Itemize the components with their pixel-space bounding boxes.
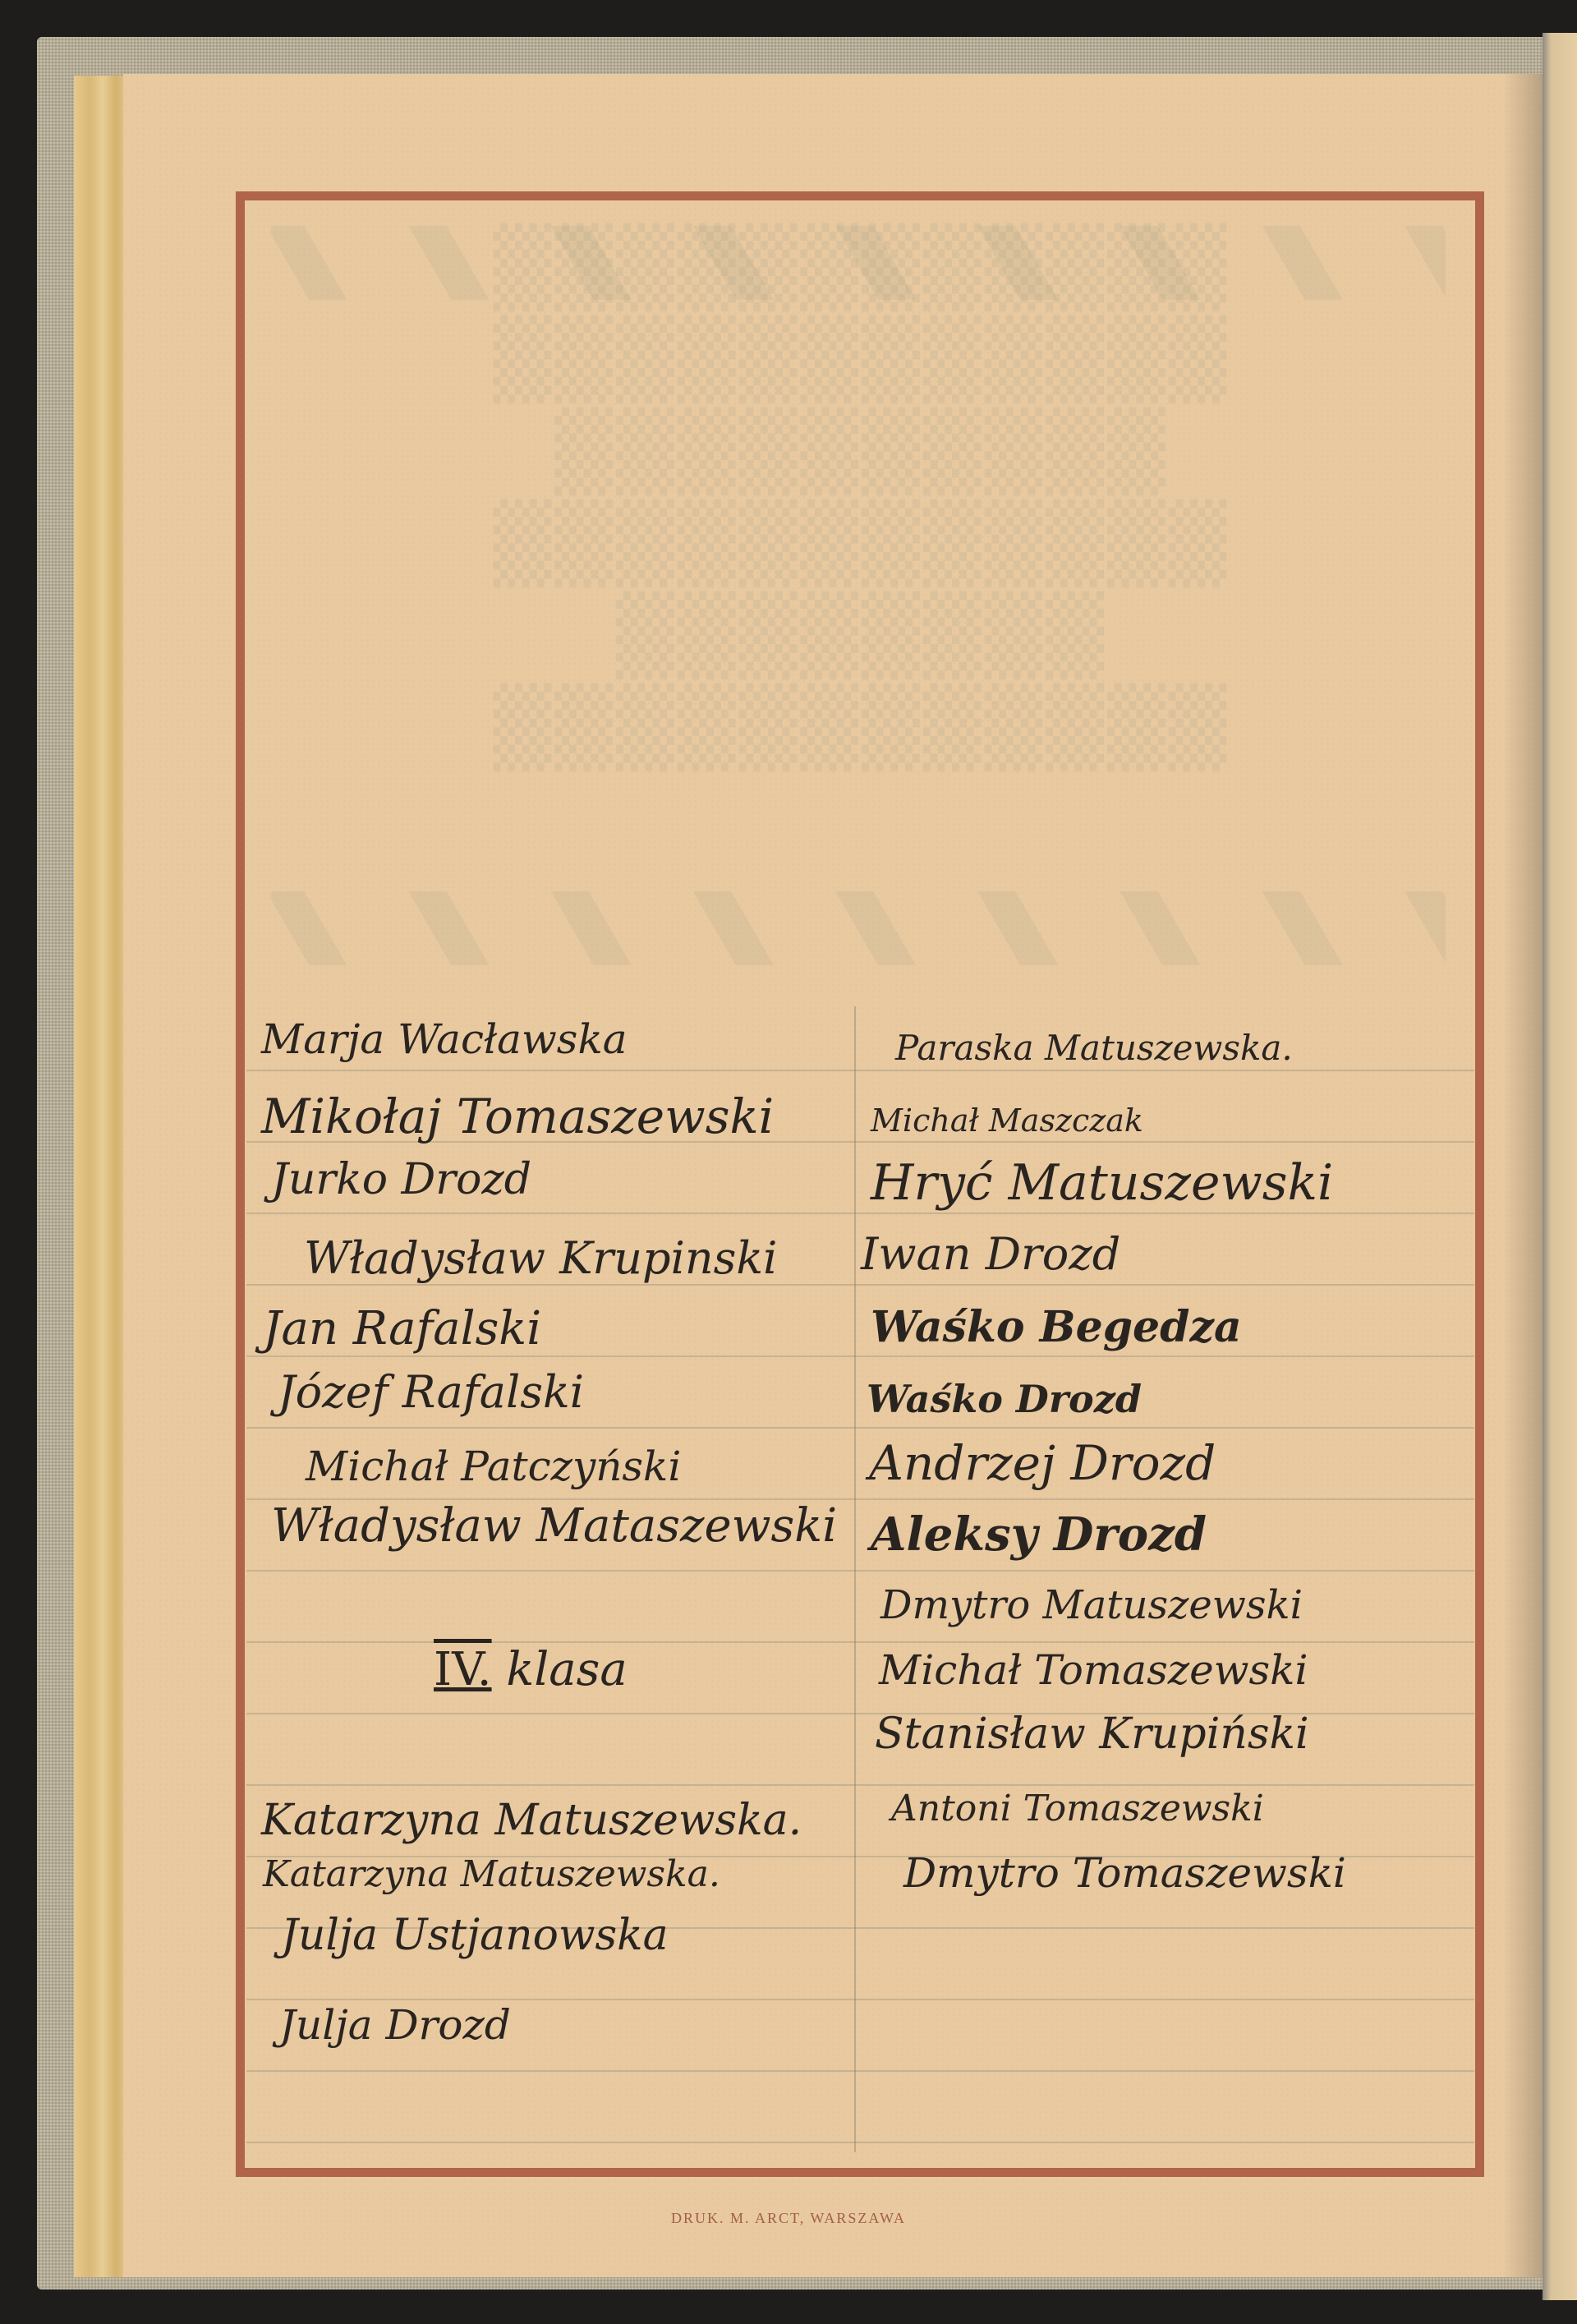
name-entry: Aleksy Drozd — [871, 1512, 1207, 1558]
ruled-line — [246, 1070, 1474, 1071]
name-entry: Andrzej Drozd — [869, 1439, 1216, 1487]
name-entry: Józef Rafalski — [278, 1370, 584, 1415]
name-entry: Jan Rafalski — [263, 1306, 541, 1352]
name-entry: Władysław Krupinski — [304, 1236, 777, 1281]
name-entry: Stanisław Krupiński — [875, 1713, 1309, 1756]
ruled-line — [246, 1213, 1474, 1214]
name-entry: Waśko Drozd — [867, 1380, 1142, 1418]
page-stack-edge — [74, 76, 126, 2277]
name-entry: Dmytro Tomaszewski — [903, 1852, 1346, 1894]
name-entry: Marja Wacławska — [261, 1019, 628, 1060]
name-entry: Julja Drozd — [279, 2004, 511, 2046]
name-entry: Michał Maszczak — [871, 1105, 1143, 1136]
name-entry: Katarzyna Matuszewska. — [261, 1799, 802, 1842]
name-entry: Jurko Drozd — [271, 1158, 531, 1201]
name-entry: Mikołaj Tomaszewski — [261, 1093, 774, 1140]
name-entry: Iwan Drozd — [861, 1232, 1120, 1277]
name-entry: Katarzyna Matuszewska. — [263, 1857, 720, 1893]
ruled-line — [246, 2142, 1474, 2143]
printer-imprint: DRUK. M. ARCT, WARSZAWA — [0, 2210, 1577, 2227]
name-entry: Waśko Begedza — [871, 1306, 1242, 1349]
ruled-line — [246, 1641, 1474, 1643]
name-entry: Michał Patczyński — [306, 1446, 681, 1487]
name-entry: Dmytro Matuszewski — [880, 1585, 1303, 1625]
name-entry: Antoni Tomaszewski — [891, 1791, 1264, 1827]
column-divider — [854, 1006, 856, 2152]
ruled-line — [246, 2070, 1474, 2072]
name-entry: Michał Tomaszewski — [879, 1650, 1308, 1691]
name-entry: Paraska Matuszewska. — [895, 1031, 1293, 1065]
name-entry: Julja Ustjanowska — [281, 1914, 669, 1957]
facing-page-edge — [1543, 33, 1577, 2300]
name-entry: Władysław Mataszewski — [271, 1503, 837, 1549]
ruled-line — [246, 1355, 1474, 1357]
class-label: klasa — [506, 1643, 627, 1696]
spine-gutter — [1503, 74, 1543, 2277]
ruled-line — [246, 1284, 1474, 1286]
ruled-line — [246, 1999, 1474, 2000]
name-entry: Hryć Matuszewski — [871, 1158, 1333, 1208]
section-heading: IV. klasa — [434, 1647, 628, 1693]
class-number: IV. — [434, 1643, 492, 1696]
ruled-line — [246, 1570, 1474, 1572]
ruled-line — [246, 1427, 1474, 1429]
ruled-line — [246, 1784, 1474, 1786]
